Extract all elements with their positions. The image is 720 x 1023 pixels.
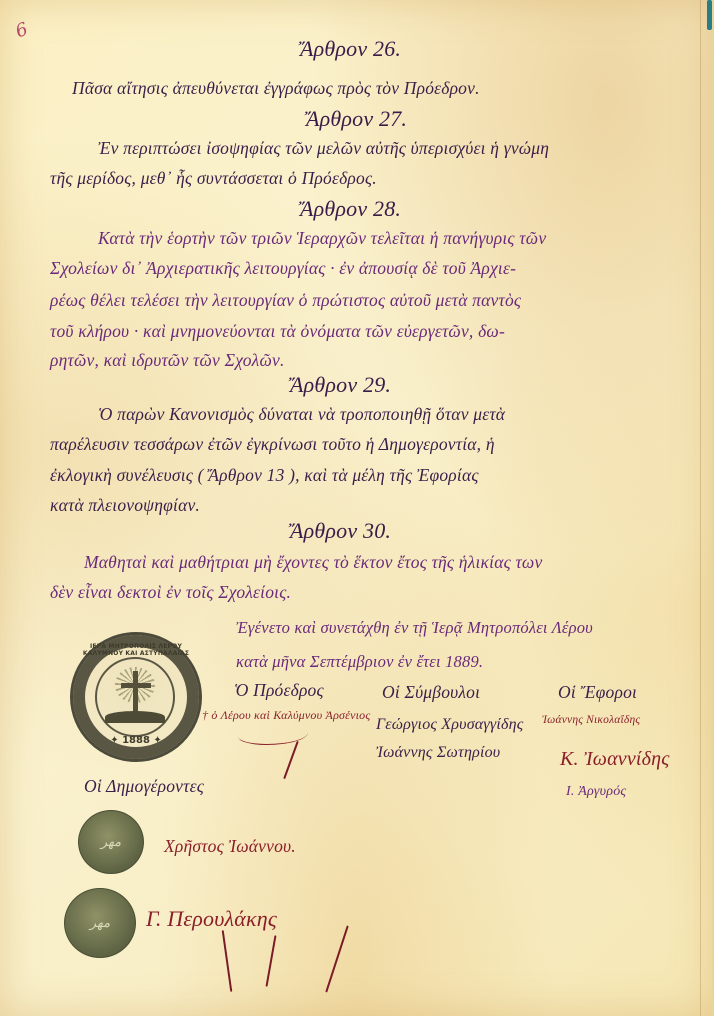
article-30-heading: Ἄρθρον 30. — [290, 518, 391, 544]
elder-seal-2: مهر — [64, 888, 136, 958]
signature-stroke — [325, 925, 349, 992]
president-signature: † ὁ Λέρου καὶ Καλύμνου Ἀρσένιος — [202, 708, 370, 723]
article-28-line-1: Κατὰ τὴν ἑορτὴν τῶν τριῶν Ἱεραρχῶν τελεῖ… — [98, 228, 546, 249]
article-30-line-2: δὲν εἶναι δεκτοὶ ἐν τοῖς Σχολείοις. — [50, 582, 291, 603]
article-29-line-1: Ὁ παρὼν Κανονισμὸς δύναται νὰ τροποποιηθ… — [98, 404, 505, 425]
councillor-2: Ἰωάννης Σωτηρίου — [376, 744, 500, 762]
article-29-line-3: ἐκλογικὴ συνέλευσις ( Ἄρθρον 13 ), καὶ τ… — [50, 465, 479, 486]
elder-seal-1: مهر — [78, 810, 144, 874]
ephor-2: Κ. Ἰωαννίδης — [560, 748, 670, 771]
metropolis-seal: ΙΕΡΑ ΜΗΤΡΟΠΟΛΙΣ ΛΕΡΟΥ ΚΑΛΥΜΝΟΥ ΚΑΙ ΑΣΤΥΠ… — [70, 632, 202, 762]
seal-year: ✦ 1888 ✦ — [73, 735, 199, 746]
president-label: Ὁ Πρόεδρος — [234, 680, 324, 701]
article-27-line-2: τῆς μερίδος, μεθ᾽ ἧς συντάσσεται ὁ Πρόεδ… — [50, 168, 377, 189]
article-27-line-1: Ἐν περιπτώσει ἰσοψηφίας τῶν μελῶν αὐτῆς … — [98, 138, 549, 159]
article-30-line-1: Μαθηταὶ καὶ μαθήτριαι μὴ ἔχοντες τὸ ἕκτο… — [84, 552, 542, 573]
article-28-line-2: Σχολείων δι᾽ Ἀρχιερατικῆς λειτουργίας · … — [50, 258, 516, 279]
elder-1-signature: Χρῆστος Ἰωάννου. — [164, 836, 296, 857]
article-28-heading: Ἄρθρον 28. — [300, 196, 401, 222]
councillors-label: Οἱ Σύμβουλοι — [382, 682, 480, 703]
seal-inscription: ΙΕΡΑ ΜΗΤΡΟΠΟΛΙΣ ΛΕΡΟΥ ΚΑΛΥΜΝΟΥ ΚΑΙ ΑΣΤΥΠ… — [73, 643, 199, 657]
article-29-heading: Ἄρθρον 29. — [290, 372, 391, 398]
article-29-line-2: παρέλευσιν τεσσάρων ἐτῶν ἐγκρίνωσι τοῦτο… — [50, 434, 495, 455]
document-page: 6 Ἄρθρον 26. Πᾶσα αἴτησις ἀπευθύνεται ἐγ… — [0, 0, 714, 1016]
elder-seal-1-text: مهر — [79, 811, 143, 873]
edge-mark — [707, 0, 712, 30]
article-26-heading: Ἄρθρον 26. — [300, 36, 401, 62]
elder-seal-2-text: مهر — [65, 889, 135, 957]
elders-label: Οἱ Δημογέροντες — [84, 776, 204, 797]
closing-line-2: κατὰ μῆνα Σεπτέμβριον ἐν ἔτει 1889. — [236, 652, 483, 672]
article-27-heading: Ἄρθρον 27. — [306, 106, 407, 132]
signature-stroke — [266, 935, 277, 987]
article-28-line-5: ρητῶν, καὶ ιδρυτῶν τῶν Σχολῶν. — [50, 350, 285, 371]
fold-line — [700, 0, 701, 1016]
article-29-line-4: κατὰ πλειονοψηφίαν. — [50, 495, 200, 516]
article-28-line-4: τοῦ κλήρου · καὶ μνημονεύονται τὰ ὀνόματ… — [50, 321, 505, 342]
elder-2-signature: Γ. Περουλάκης — [146, 906, 277, 932]
ephor-3: Ι. Ἀργυρός — [566, 784, 626, 800]
seal-ground-icon — [105, 711, 165, 723]
article-28-line-3: ρέως θέλει τελέσει τὴν λειτουργίαν ὁ πρώ… — [50, 290, 521, 311]
cross-bar-icon — [121, 683, 151, 688]
signature-stroke — [222, 930, 233, 992]
councillor-1: Γεώργιος Χρυσαγγίδης — [376, 716, 524, 734]
closing-line-1: Ἐγένετο καὶ συνετάχθη ἐν τῇ Ἱερᾷ Μητροπό… — [236, 618, 593, 638]
signature-stroke — [283, 741, 299, 779]
ephor-1: Ἰωάννης Νικολαΐδης — [542, 714, 640, 726]
ephors-label: Οἱ Ἔφοροι — [558, 682, 637, 703]
seal-inner-ring — [95, 657, 175, 737]
page-marker: 6 — [13, 19, 31, 43]
article-26-line-1: Πᾶσα αἴτησις ἀπευθύνεται ἐγγράφως πρὸς τ… — [72, 78, 480, 99]
